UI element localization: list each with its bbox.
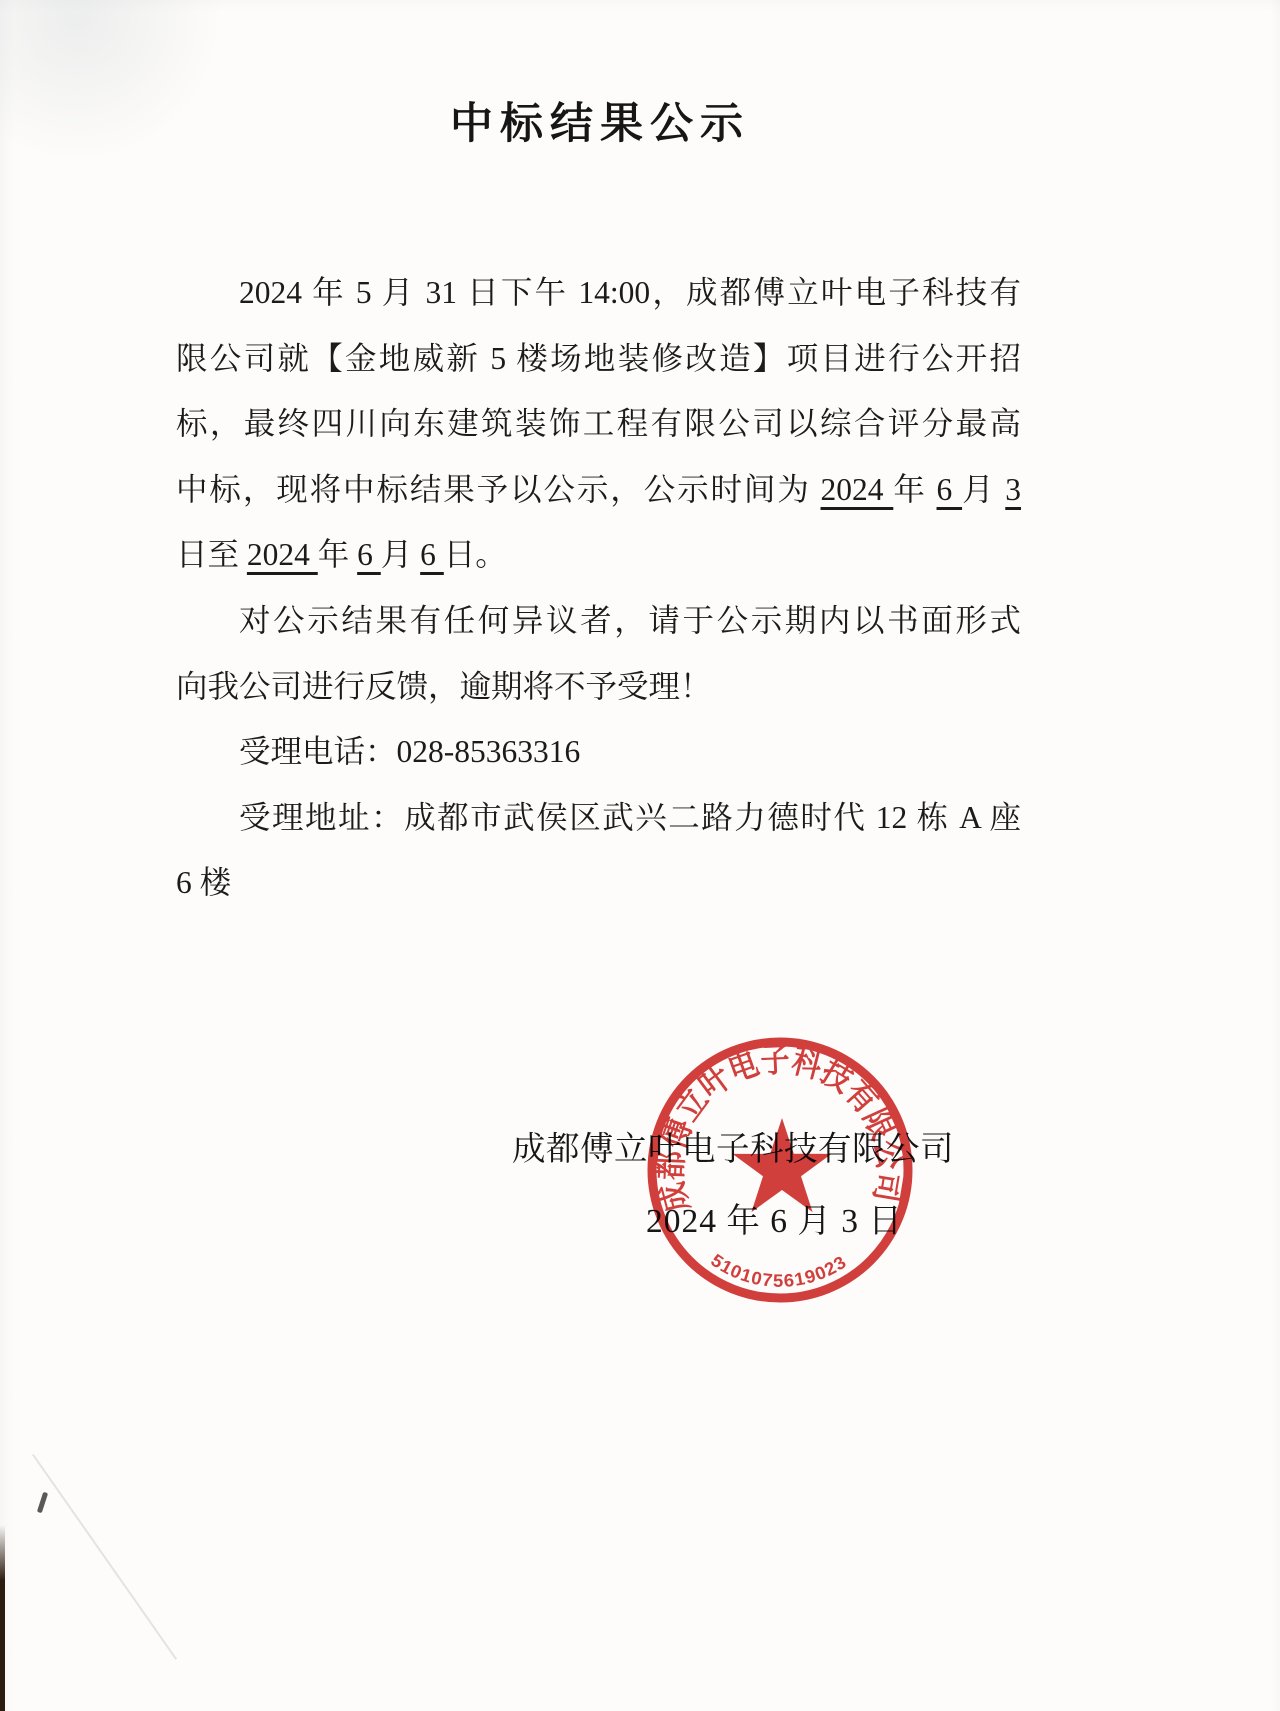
scanned-document-page: 中标结果公示 2024 年 5 月 31 日下午 14:00，成都傅立叶电子科技… [0, 0, 1280, 1711]
text-segment: 年 [318, 537, 357, 572]
text-segment: 月 [962, 472, 1005, 507]
text-segment: 中标，现将中标结果予以公示，公示时间为 [176, 472, 821, 507]
text-segment: 限公司就【金地威新 5 楼场地装修改造】项目进行公开招 [176, 341, 1021, 376]
body-line: 对公示结果有任何异议者，请于公示期内以书面形式 [176, 588, 1021, 654]
underlined-date-segment: 2024 [821, 472, 894, 507]
text-segment: 2024 年 5 月 31 日下午 14:00，成都傅立叶电子科技有 [239, 275, 1021, 310]
body-line-address: 受理地址：成都市武侯区武兴二路力德时代 12 栋 A 座 [176, 785, 1021, 851]
text-segment: 日。 [444, 537, 507, 572]
text-segment: 对公示结果有任何异议者，请于公示期内以书面形式 [239, 603, 1021, 638]
underlined-date-segment: 6 [937, 472, 963, 507]
body-line-phone: 受理电话：028-85363316 [176, 719, 1021, 785]
scan-crease-artifact [32, 1454, 177, 1660]
body-line: 日至 2024 年 6 月 6 日。 [176, 522, 1021, 588]
text-segment: 月 [381, 537, 420, 572]
text-segment: 标，最终四川向东建筑装饰工程有限公司以综合评分最高 [176, 406, 1021, 441]
text-segment: 日至 [176, 537, 247, 572]
document-body: 2024 年 5 月 31 日下午 14:00，成都傅立叶电子科技有 限公司就【… [176, 260, 1021, 916]
underlined-date-segment: 6 [357, 537, 381, 572]
phone-text: 受理电话：028-85363316 [239, 734, 580, 769]
body-line: 中标，现将中标结果予以公示，公示时间为 2024 年 6 月 3 [176, 457, 1021, 523]
underlined-date-segment: 2024 [247, 537, 318, 572]
company-seal: 成都傅立叶电子科技有限公司 5101075619023 [640, 1030, 920, 1310]
body-line: 2024 年 5 月 31 日下午 14:00，成都傅立叶电子科技有 [176, 260, 1021, 326]
body-line: 向我公司进行反馈，逾期将不予受理！ [176, 654, 1021, 720]
text-segment: 6 楼 [176, 865, 231, 900]
star-icon [733, 1118, 832, 1212]
text-segment: 向我公司进行反馈，逾期将不予受理！ [176, 669, 712, 704]
body-line: 限公司就【金地威新 5 楼场地装修改造】项目进行公开招 [176, 326, 1021, 392]
body-line: 标，最终四川向东建筑装饰工程有限公司以综合评分最高 [176, 391, 1021, 457]
text-segment: 年 [893, 472, 936, 507]
underlined-date-segment: 6 [420, 537, 444, 572]
address-text: 受理地址：成都市武侯区武兴二路力德时代 12 栋 A 座 [239, 800, 1021, 835]
document-title: 中标结果公示 [176, 90, 1024, 151]
body-line: 6 楼 [176, 850, 1021, 916]
scan-edge-artifact [0, 1525, 5, 1711]
underlined-date-segment: 3 [1005, 472, 1021, 507]
scan-mark-artifact [37, 1492, 48, 1514]
